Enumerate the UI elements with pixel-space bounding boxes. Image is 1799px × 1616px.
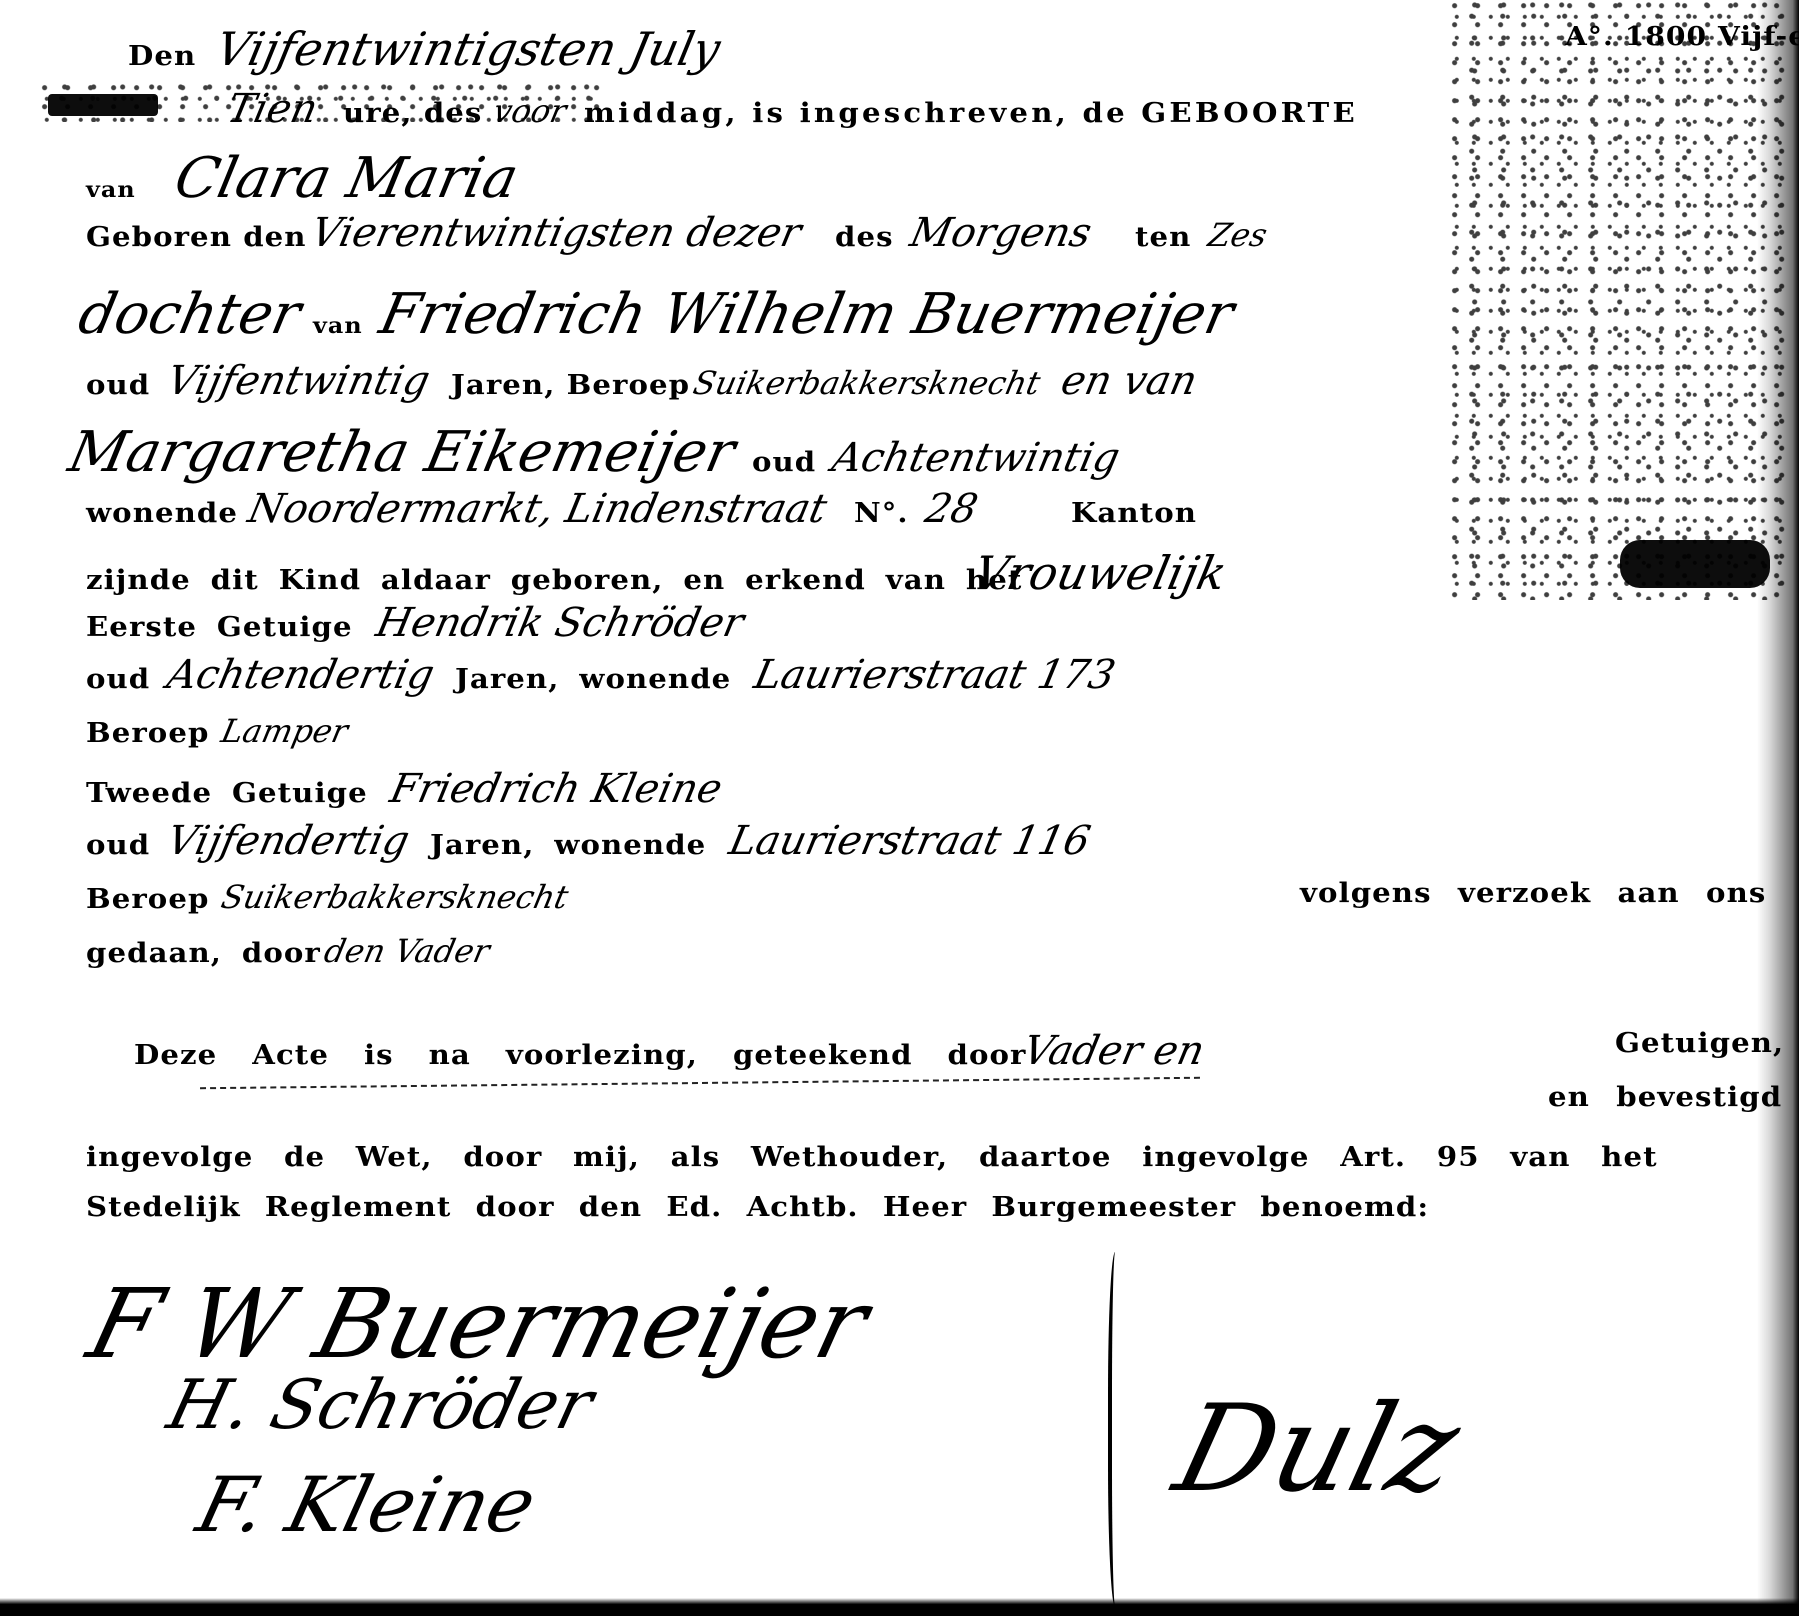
line-witness1-job: Beroep Lamper bbox=[86, 712, 348, 750]
handwritten-witness2-occupation: Suikerbakkersknecht bbox=[218, 878, 572, 916]
line-regulation: Stedelijk Reglement door den Ed. Achtb. … bbox=[86, 1192, 1330, 1223]
handwritten-morning: Morgens bbox=[906, 210, 1096, 256]
handwritten-birth-day: Vierentwintigsten dezer bbox=[307, 210, 805, 256]
line-witness2: Tweede Getuige Friedrich Kleine bbox=[86, 766, 721, 812]
line-residence: wonende Noordermarkt, Lindenstraat N°. 2… bbox=[86, 486, 1188, 532]
printed-tweede-getuige: Tweede Getuige bbox=[86, 778, 368, 809]
handwritten-witness2-name: Friedrich Kleine bbox=[386, 766, 726, 812]
ink-blot bbox=[48, 94, 158, 116]
signature-witness2: F. Kleine bbox=[189, 1460, 545, 1549]
handwritten-signers: Vader en bbox=[1020, 1028, 1209, 1074]
handwritten-gender: Vrouwelijk bbox=[969, 546, 1231, 600]
printed-beroep: Beroep bbox=[86, 884, 209, 915]
page-bottom-border bbox=[0, 1598, 1799, 1616]
printed-deze-acte: Deze Acte is na voorlezing, geteekend do… bbox=[134, 1040, 1027, 1071]
line-born-there: zijnde dit Kind aldaar geboren, en erken… bbox=[86, 546, 1226, 600]
printed-ten: ten bbox=[1135, 222, 1191, 253]
handwritten-daypart: voor bbox=[490, 92, 570, 130]
printed-van: van bbox=[313, 313, 363, 339]
printed-born-there: zijnde dit Kind aldaar geboren, en erken… bbox=[86, 565, 1022, 596]
line-mother: Margaretha Eikemeijer oud Achtentwintig bbox=[70, 420, 1119, 485]
line-witness1-age: oud Achtendertig Jaren, wonende Lauriers… bbox=[86, 652, 1114, 698]
printed-ingevolge-wet: ingevolge de Wet, door mij, als Wethoude… bbox=[86, 1142, 1658, 1173]
handwritten-witness1-address: Laurierstraat 173 bbox=[750, 652, 1119, 698]
signature-witness1: H. Schröder bbox=[160, 1366, 600, 1445]
line-witness2-job: Beroep Suikerbakkersknecht bbox=[86, 878, 568, 916]
handwritten-hour: Tien bbox=[223, 86, 322, 132]
printed-jaren-beroep: Jaren, Beroep bbox=[451, 370, 690, 401]
printed-en-bevestigd: en bevestigd bbox=[1548, 1082, 1782, 1113]
printed-reglement: Stedelijk Reglement door den Ed. Achtb. … bbox=[86, 1192, 1429, 1223]
printed-registered: middag, is ingeschreven, de GEBOORTE bbox=[584, 98, 1358, 129]
printed-year-text: A°. 1800 Vijf-en- bbox=[1565, 22, 1799, 52]
handwritten-father-age: Vijfentwintig bbox=[163, 358, 434, 404]
printed-beroep: Beroep bbox=[86, 718, 209, 749]
scan-noise bbox=[1450, 0, 1790, 600]
line-law: ingevolge de Wet, door mij, als Wethoude… bbox=[86, 1142, 1541, 1173]
printed-oud: oud bbox=[86, 830, 150, 861]
printed-volgens-verzoek: volgens verzoek aan ons bbox=[1300, 878, 1766, 909]
line-birth-date: Geboren den Vierentwintigsten dezer des … bbox=[86, 210, 1267, 256]
line-signed: Deze Acte is na voorlezing, geteekend do… bbox=[134, 1028, 1204, 1074]
handwritten-witness1-name: Hendrik Schröder bbox=[372, 600, 748, 646]
line-child-name: van Clara Maria bbox=[86, 146, 517, 211]
line-time: Tien ure, des voor middag, is ingeschrev… bbox=[210, 86, 1301, 132]
signature-official: Dulz bbox=[1163, 1380, 1473, 1519]
ink-blot bbox=[1620, 540, 1770, 588]
handwritten-father-occupation: Suikerbakkersknecht bbox=[690, 364, 1044, 402]
handwritten-witness2-address: Laurierstraat 116 bbox=[725, 818, 1094, 864]
handwritten-witness1-age: Achtendertig bbox=[163, 652, 438, 698]
printed-no: N°. bbox=[854, 498, 909, 529]
handwritten-witness2-age: Vijfendertig bbox=[163, 818, 413, 864]
handwritten-witness1-occupation: Lamper bbox=[218, 712, 351, 750]
printed-jaren-wonende: Jaren, wonende bbox=[430, 830, 706, 861]
handwritten-mother-age: Achtentwintig bbox=[828, 435, 1124, 481]
line-witness1: Eerste Getuige Hendrik Schröder bbox=[86, 600, 743, 646]
fill-line bbox=[200, 1077, 1200, 1089]
printed-eerste-getuige: Eerste Getuige bbox=[86, 612, 353, 643]
printed-request: volgens verzoek aan ons bbox=[1300, 878, 1732, 909]
line-father: dochter van Friedrich Wilhelm Buermeijer bbox=[80, 282, 1233, 347]
printed-getuigen-text: Getuigen, bbox=[1615, 1028, 1784, 1059]
printed-getuigen: Getuigen, bbox=[1615, 1028, 1772, 1059]
printed-jaren-wonende: Jaren, wonende bbox=[455, 664, 731, 695]
handwritten-date: Vijfentwintigsten July bbox=[211, 22, 725, 76]
line-father-age: oud Vijfentwintig Jaren, Beroep Suikerba… bbox=[86, 358, 1196, 404]
printed-oud: oud bbox=[86, 664, 150, 695]
handwritten-house-number: 28 bbox=[921, 486, 982, 532]
scan-edge-shadow bbox=[1757, 0, 1799, 1616]
handwritten-child-name: Clara Maria bbox=[169, 146, 524, 211]
printed-oud: oud bbox=[86, 370, 150, 401]
handwritten-requester: den Vader bbox=[321, 932, 493, 970]
printed-wonende: wonende bbox=[86, 498, 238, 529]
line-confirmed: en bevestigd bbox=[1548, 1082, 1765, 1113]
line-witness2-age: oud Vijfendertig Jaren, wonende Lauriers… bbox=[86, 818, 1089, 864]
printed-oud: oud bbox=[752, 447, 816, 478]
birth-record-page: Den Vijfentwintigsten July A°. 1800 Vijf… bbox=[0, 0, 1799, 1616]
handwritten-dochter: dochter bbox=[73, 282, 306, 347]
handwritten-father-name: Friedrich Wilhelm Buermeijer bbox=[375, 282, 1240, 347]
printed-gedaan-door: gedaan, door bbox=[86, 938, 321, 969]
signature-brace bbox=[1108, 1252, 1126, 1607]
printed-year: A°. 1800 Vijf-en- bbox=[1565, 22, 1799, 52]
handwritten-mother-name: Margaretha Eikemeijer bbox=[63, 420, 741, 485]
handwritten-en-van: en van bbox=[1057, 358, 1201, 404]
printed-geboren: Geboren den bbox=[86, 222, 307, 253]
printed-kanton: Kanton bbox=[1071, 498, 1197, 529]
printed-ure: ure, des bbox=[343, 98, 482, 129]
printed-label: Den bbox=[128, 41, 196, 72]
handwritten-address: Noordermarkt, Lindenstraat bbox=[244, 486, 831, 532]
line-requested-by: gedaan, door den Vader bbox=[86, 932, 490, 970]
line-date: Den Vijfentwintigsten July bbox=[128, 22, 720, 76]
printed-van: van bbox=[86, 177, 136, 203]
signature-father: F W Buermeijer bbox=[78, 1268, 878, 1380]
handwritten-hour-of-birth: Zes bbox=[1205, 216, 1271, 254]
printed-des: des bbox=[835, 222, 894, 253]
